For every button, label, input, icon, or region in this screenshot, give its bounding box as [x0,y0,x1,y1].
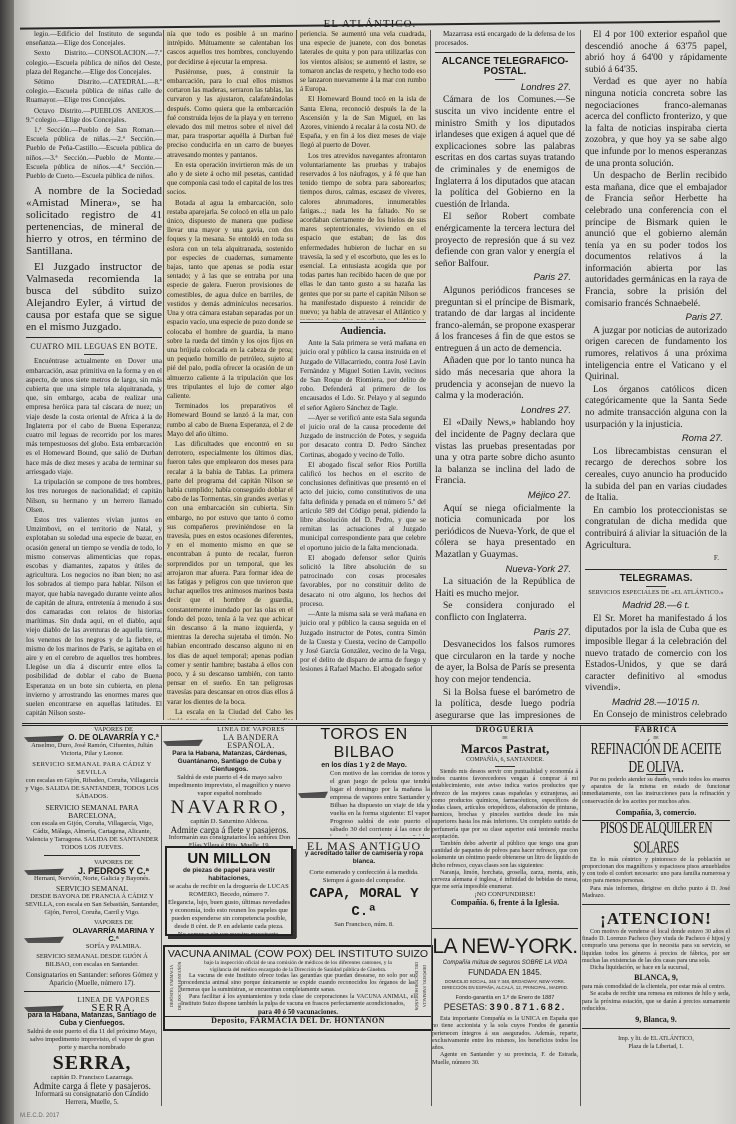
company-name: O. DE OLAVARRÍA Y C.ª [67,734,160,742]
ad-address: Compañía, 3, comercio. [582,809,730,817]
divider [435,52,575,53]
column-rule [430,30,431,720]
ships-list: Hernani, Nervión, Norte, Galicia y Bayon… [24,875,160,883]
article-paragraph: periencia. Se aumentó una vela cuadrada,… [300,30,426,94]
article-paragraph: Terminados los preparativos el Homeward … [167,402,293,439]
dispatch-text: El 4 por 100 exterior español que descen… [585,30,727,76]
dispatch-text: El «Daily News,» hablando hoy del incide… [435,418,575,488]
departure-text: Saldrá de este puerto el día 11 del próx… [24,1028,160,1052]
article-paragraph: El Homeward Bound tocó en la isla de San… [300,95,426,150]
ad-address: San Francisco, núm. 8. [298,921,430,929]
ad-subtitle: Compañía mútua de seguros SOBRE LA VIDA [432,959,578,967]
book-binding [0,0,14,1124]
service-title: SERVICIO SEMANAL PARA BARCELONA, [24,804,160,820]
ad-text: Con motivo de venderse el local donde es… [582,929,730,965]
line-name: LA BANDERA ESPAÑOLA. [206,734,296,750]
article-paragraph: nía que todo es posible á un marino intr… [167,30,293,67]
ad-text: Con motivo de las corridas de toros y el… [330,770,430,836]
ad-header: DROGUERIA [432,726,578,734]
ad-capa-moral: EL MAS ANTIGUO y acreditado taller de ca… [298,838,430,938]
ad-la-new-york: LA NEW-YORK. Compañía mútua de seguros S… [432,935,578,1107]
divider [84,354,104,355]
section-heading-audiencia: Audiencia. [300,327,426,336]
section-heading-telegramas: TELEGRAMAS. [585,574,727,583]
pesetas-label: PESETAS: [444,1002,487,1012]
ad-un-millon: UN MILLON de piezas de papel para vestir… [165,846,293,936]
divider [432,928,578,929]
dispatch-text: Se considera conjurado el conflicto con … [435,601,575,624]
steamship-icon [163,730,203,746]
archive-stamp: M.E.C.D. 2017 [20,1113,59,1119]
ad-rule [296,726,297,938]
column-3-top: periencia. Se aumentó una vela cuadrada,… [297,30,429,320]
divider [300,322,426,323]
dispatch-text: Algunos periódicos franceses se pregunta… [435,286,575,356]
divider [585,569,727,570]
ad-address: BLANCA, 9, [582,974,730,982]
company-name: OLAVARRÍA MARINA Y C.ª [67,927,160,943]
company-name: CAPA, MORAL Y C.ª [298,885,430,921]
ad-text: Esta importante Compañía es la UNICA en … [432,1016,578,1052]
dateline: Paris 27. [585,312,723,324]
dispatch-text: Verdad es que ayer no había ninguna noti… [585,77,727,170]
departure-text: Saldrá de este puerto el 4 de mayo salvo… [163,774,296,798]
dispatch-text: Los librecambistas censuran el recargo d… [585,447,727,505]
election-text: Sétimo Distrito.—CATEDRAL.—8.º colegio.—… [26,78,162,106]
divider [582,904,730,905]
telegram-text: En Consejo de ministros celebrado bajo l… [585,710,727,720]
ad-rule [580,726,581,1106]
steamship-icon [24,859,64,875]
carryover-text: Mazarrasa está encargado de la defensa d… [435,30,575,48]
divider [582,1028,730,1029]
ad-rule [161,726,162,1106]
service-text: DESDE BAYONA DE FRANCIA Á CÁDIZ Y SEVILL… [24,893,160,917]
telegramas-subtitle: SERVICIOS ESPECIALES DE «EL ATLÁNTICO.» [585,589,727,598]
agent-text: Agente en Santander y su provincia, F. d… [432,1052,578,1067]
ad-text: La vacuna de este Instituto ofrece todas… [165,973,431,994]
ad-text: para más comodidad de la clientela, por … [582,984,730,991]
ad-vacuna-animal: DEPÓSITO, FARMACIA DEL DOCTOR HONTAÑÓN D… [163,945,433,1031]
ad-dates: en los días 1 y 2 de Mayo. [298,762,430,770]
ad-title: EL MAS ANTIGUO [298,842,430,850]
ad-text: Naranja, limón, horchata, grosella, zarz… [432,870,578,892]
service-text: con escala en Gijón, Coruña, Villagarcía… [24,820,160,852]
side-text: DEPÓSITO, FARMACIA DEL DOCTOR HONTAÑÓN [168,961,178,1011]
dispatch-text: Cámara de los Comunes.—Se suscita un viv… [435,95,575,211]
service-title: SERVICIO SEMANAL PARA CÁDIZ Y SEVILLA [24,761,160,777]
article-paragraph: En esta operación invirtieron más de un … [167,161,293,198]
ad-text: Se acaba de recibir una remesa en mitone… [582,991,730,1013]
imprint: Imp. y lit. de EL ATLÁNTICO, Plaza de la… [582,1035,730,1051]
side-text: DEPÓSITO, FARMACIA DEL DOCTOR HONTAÑÓN [418,961,428,1011]
divider [495,79,515,80]
ad-text: Siendo mis deseos servir con puntualidad… [432,769,578,841]
ad-text: Corte esmerado y confección á la medida.… [298,869,430,885]
article-paragraph: La escala en la Ciudad del Cabo les sirv… [167,708,293,720]
line-name: SERRA. [67,1004,160,1012]
column-1: legio.—Edificio del Instituto de segunda… [26,30,162,720]
steamship-icon [298,782,328,798]
ad-shipping-lines: VAPORES DE O. DE OLAVARRÍA Y C.ª Anselmo… [24,726,160,1106]
ad-address: COMPAÑÍA, 6, SANTANDER. [432,756,578,764]
founded: FUNDADA EN 1845. [432,969,578,977]
article-paragraph: Pusiéronse, pues, á construir la embarca… [167,68,293,160]
route-text: Para la Habana, Matanzas, Cárdenas, Guan… [163,750,296,774]
section-heading-alcance: ALCANCE TELEGRAFICO-POSTAL. [435,57,575,75]
signature: F. [585,553,719,565]
contact-text: Para más informes, dirigirse en dicho pu… [582,886,730,900]
audiencia-paragraph: —Ayer se verificó ante esta Sala segunda… [300,414,426,460]
article-title: CUATRO MIL LEGUAS EN BOTE. [26,342,162,351]
article-paragraph: Botada al agua la embarcación, solo rest… [167,199,293,401]
agent-text: Informará su consignatario don Cándido H… [24,1090,160,1106]
dateline: Londres 27. [435,82,571,94]
dispatch-text: Desvanecidos los falsos rumores que circ… [435,640,575,686]
ad-footer: 9, Blanca, 9. [582,1016,730,1024]
ad-text: En lo más céntrico y pintoresco de la po… [582,857,730,886]
dispatch-text: Añaden que por lo tanto nunca ha sido má… [435,356,575,402]
article-paragraph: La tripulación se compone de tres hombre… [26,478,162,515]
divider [24,991,160,992]
dateline: Londres 27. [435,405,571,417]
divider [495,766,515,767]
divider [26,337,162,338]
ships-list: SOFÍA y PALMIRA. [67,943,160,951]
dispatch-text: El señor Robert combate enérgicamente la… [435,212,575,270]
dispatch-text: Si la Bolsa fuese el barómetro de la pol… [435,688,575,721]
article-paragraph: Los tres atrevidos navegantes afrontaron… [300,152,426,320]
ad-column-5: FABRICA DE REFINACIÓN DE ACEITE DE OLIVA… [582,726,730,1106]
column-3-audiencia: Audiencia. Ante la Sala primera se verá … [297,322,429,720]
election-text: Sexto Distrito.—CONSOLACION.—7.º colegio… [26,49,162,77]
divider [44,855,140,856]
company-name: J. PEDROS Y C.ª [67,867,160,875]
dispatch-text: En cambio los proteccionistas se congrat… [585,506,727,552]
audiencia-paragraph: El abogado defensor señor Quirós solicit… [300,554,426,609]
column-4: Mazarrasa está encargado de la defensa d… [432,30,578,720]
article-paragraph: Estos tres valientes vivían juntos en Um… [26,516,162,718]
ad-title: ¡ATENCION! [582,909,730,929]
service-title: SERVICIO SEMANAL [24,885,160,893]
dispatch-text: Un despacho de Berlin recibido esta maña… [585,171,727,310]
column-5: El 4 por 100 exterior español que descen… [582,30,730,720]
ships-list: Anselmo, Duro, José Ramón, Cifuentes, Ju… [24,742,160,758]
notice-court: El Juzgado instructor de Valmaseda recom… [26,261,162,333]
cargo-text: Admite carga á flete y pasajeros. [24,1082,160,1090]
steamship-icon [24,927,64,943]
ad-text: No comprar sin ver nuestro muestrario. [167,931,291,936]
dateline: Paris 27. [435,272,571,284]
cargo-text: Admite carga á flete y pasajeros. [163,826,296,834]
ad-text: se acaba de recibir en la droguería de L… [167,883,291,899]
audiencia-paragraph: Ante la Sala primera se verá mañana en j… [300,339,426,413]
fund-label: Fondo-garantía en 1.º de Enero de 1887 [432,994,578,1002]
ad-drogueria-pastrat: DROGUERIA DE Marcos Pastrat, COMPAÑÍA, 6… [432,726,578,916]
route-text: para la Habana, Matanzas, Santiago de Cu… [24,1012,160,1028]
dispatch-text: A juzgar por noticias de autorizado orig… [585,326,727,384]
agents-text: Consignatarios en Santander: señores Góm… [24,971,160,987]
agent-text: Informarán sus consignatarios los señore… [163,834,296,846]
company-name: Marcos Pastrat, [432,742,578,756]
ad-text: Dicha liquidación, se hace en la sucursa… [582,965,730,972]
service-text: con escalas en Gijón, Ribadeo, Coruña, V… [24,777,160,801]
ad-title: UN MILLON [167,850,291,867]
column-2: nía que todo es posible á un marino intr… [164,30,296,720]
ad-title: TOROS EN BILBAO [298,726,430,762]
ad-subtitle: y acreditado taller de camisería y ropa … [298,850,430,866]
doses: para 40 ó 50 vacunaciones. [165,1008,431,1016]
audiencia-paragraph: —Ante la misma sala se verá mañana en ju… [300,610,426,674]
ad-toros-bilbao: TOROS EN BILBAO en los días 1 y 2 de May… [298,726,430,836]
ad-title: PISOS DE ALQUILER EN SOLARES [582,819,730,858]
ship-name: NAVARRO, [163,798,296,818]
steamship-icon [24,996,64,1012]
ad-title: REFINACIÓN DE ACEITE DE OLIVA. [582,740,730,776]
ad-text: Para facilitar á los ayuntamientos y tod… [165,994,431,1008]
ad-title: VACUNA ANIMAL (COW POX) DEL INSTITUTO SU… [165,948,431,960]
column-rule [580,30,581,720]
dateline: Madrid 28.—6 t. [585,600,727,612]
article-paragraph: Encuéntrase actualmente en Dover una emb… [26,357,162,477]
dateline: Roma 27. [585,433,723,445]
dispatch-text: La situación de la República de Haiti es… [435,577,575,600]
dateline: Nueva-York 27. [435,564,571,576]
ad-title: LA NEW-YORK. [432,935,578,959]
deposit-footer: Deposito, FARMACIA DEL Dr. HONTAÑON [165,1016,431,1025]
pesetas-value: 390.871.682. [490,1002,567,1012]
audiencia-paragraph: El abogado fiscal señor Ríos Portilla ca… [300,461,426,553]
ship-name: SERRA, [24,1052,160,1074]
ad-text: También debo advertir al público que ten… [432,841,578,870]
ad-text: Por no poderlo atender su dueño, vendo t… [582,777,730,806]
ad-subtitle: bajo la inspección oficial de una comisi… [165,960,431,973]
service-text: SERVICIO SEMANAL DESDE GIJÓN Á BILBAO, c… [24,953,160,969]
ad-subtitle: de piezas de papel para vestir habitacio… [167,867,291,883]
ad-address: DOMICILIO SOCIAL, 346 Y 348, BROADWAY, N… [432,979,578,991]
notice-mining: A nombre de la Sociedad «Amistad Minera»… [26,185,162,257]
dateline: Paris 27. [435,627,571,639]
article-paragraph: Las dificultades que encontró en su derr… [167,440,293,707]
ad-header: FABRICA [582,726,730,734]
divider [646,586,666,587]
dispatch-text: Aquí se niega oficialmente la noticia co… [435,504,575,562]
steamship-icon [24,726,64,742]
ad-text: Elegancia, lujo, buen gusto, últimas nov… [167,899,291,931]
election-text: 1.ª Sección.—Pueblo de San Roman.—Escuel… [26,126,162,181]
telegram-text: El Sr. Moret ha manifestado á los diputa… [585,614,727,695]
dateline: Méjico 27. [435,490,571,502]
dateline: Madrid 28.—10'15 n. [585,697,727,709]
ad-footer: Compañía. 6, frente á la Iglesia. [432,899,578,907]
ad-bandera-espanola: LINEA DE VAPORES LA BANDERA ESPAÑOLA. Pa… [163,726,296,846]
election-text: legio.—Edificio del Instituto de segunda… [26,30,162,48]
election-text: Octavo Distrito.—PUEBLOS ANEJOS.—9.º col… [26,107,162,125]
dispatch-text: Los órganos católicos dicen categóricame… [585,385,727,431]
